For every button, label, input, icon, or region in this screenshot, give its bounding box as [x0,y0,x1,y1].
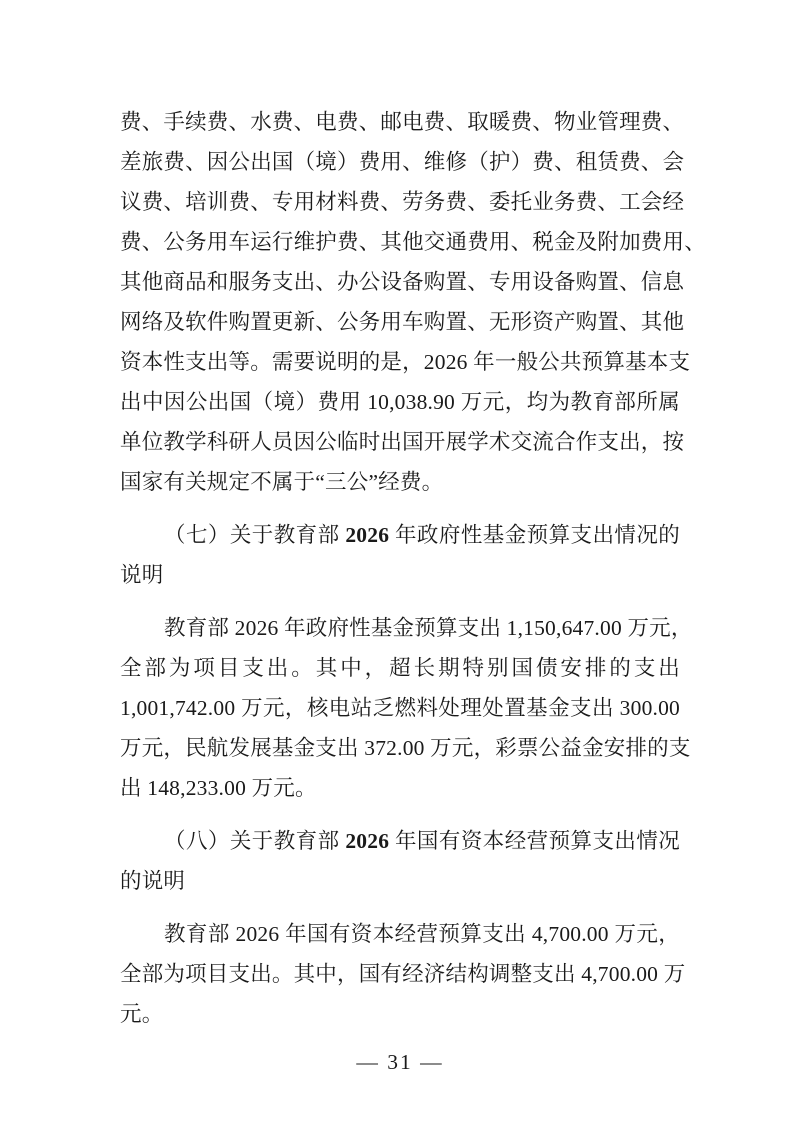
paragraph: 费、手续费、水费、电费、邮电费、取暖费、物业管理费、差旅费、因公出国（境）费用、… [120,102,680,502]
section-heading: （七）关于教育部 2026 年政府性基金预算支出情况的说明 [120,515,680,595]
paragraph-line: 教育部 2026 年政府性基金预算支出 1,150,647.00 万元， [120,608,680,648]
document-page: { "colors": { "background": "#ffffff", "… [0,0,800,1131]
paragraph-line: 议费、培训费、专用材料费、劳务费、委托业务费、工会经 [120,182,680,222]
heading-text: （七）关于教育部 [164,523,345,547]
paragraph-line: 1,001,742.00 万元，核电站乏燃料处理处置基金支出 300.00 [120,688,680,728]
heading-text: 年国有资本经营预算支出情况 [389,829,680,853]
paragraph: 教育部 2026 年国有资本经营预算支出 4,700.00 万元，全部为项目支出… [120,914,680,1034]
paragraph: 教育部 2026 年政府性基金预算支出 1,150,647.00 万元，全部为项… [120,608,680,808]
heading-line: 的说明 [120,861,680,901]
paragraph-line: 其他商品和服务支出、办公设备购置、专用设备购置、信息 [120,262,680,302]
paragraph-line: 教育部 2026 年国有资本经营预算支出 4,700.00 万元， [120,914,680,954]
document-body: 费、手续费、水费、电费、邮电费、取暖费、物业管理费、差旅费、因公出国（境）费用、… [0,0,800,1034]
paragraph-line: 出 148,233.00 万元。 [120,768,680,808]
page-number: — 31 — [356,1050,443,1074]
heading-year-bold: 2026 [345,829,389,853]
paragraph-line: 万元，民航发展基金支出 372.00 万元，彩票公益金安排的支 [120,728,680,768]
paragraph-line: 网络及软件购置更新、公务用车购置、无形资产购置、其他 [120,302,680,342]
paragraph-line: 费、公务用车运行维护费、其他交通费用、税金及附加费用、 [120,222,680,262]
heading-year-bold: 2026 [345,523,389,547]
heading-text: （八）关于教育部 [164,829,345,853]
page-footer: — 31 — [0,1042,800,1082]
paragraph-line: 全部为项目支出。其中，国有经济结构调整支出 4,700.00 万 [120,954,680,994]
paragraph-line: 元。 [120,994,680,1034]
paragraph-line: 国家有关规定不属于“三公”经费。 [120,462,680,502]
heading-line: （七）关于教育部 2026 年政府性基金预算支出情况的 [120,515,680,555]
paragraph-line: 出中因公出国（境）费用 10,038.90 万元，均为教育部所属 [120,382,680,422]
heading-line: （八）关于教育部 2026 年国有资本经营预算支出情况 [120,821,680,861]
paragraph-line: 资本性支出等。需要说明的是，2026 年一般公共预算基本支 [120,342,680,382]
paragraph-line: 全部为项目支出。其中，超长期特别国债安排的支出 [120,648,680,688]
heading-line: 说明 [120,555,680,595]
paragraph-line: 费、手续费、水费、电费、邮电费、取暖费、物业管理费、 [120,102,680,142]
heading-text: 年政府性基金预算支出情况的 [389,523,680,547]
paragraph-line: 差旅费、因公出国（境）费用、维修（护）费、租赁费、会 [120,142,680,182]
section-heading: （八）关于教育部 2026 年国有资本经营预算支出情况的说明 [120,821,680,901]
paragraph-line: 单位教学科研人员因公临时出国开展学术交流合作支出，按 [120,422,680,462]
